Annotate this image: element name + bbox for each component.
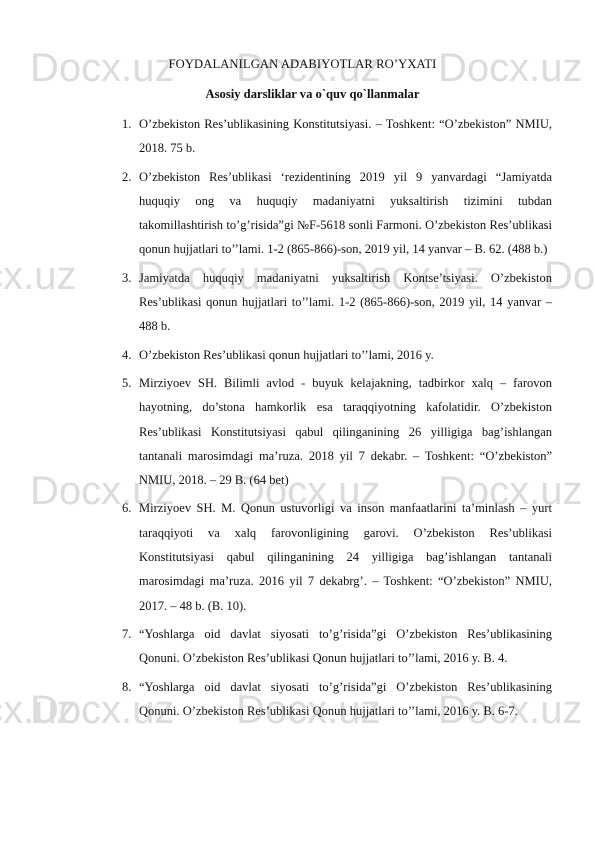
reference-number: 6. <box>122 496 131 520</box>
reference-text: Mirziyoev SH. Bilimli avlod - buyuk kela… <box>139 371 552 492</box>
reference-text: “Yoshlarga oid davlat siyosati to’g’risi… <box>139 622 552 671</box>
reference-item: 5. Mirziyoev SH. Bilimli avlod - buyuk k… <box>122 371 552 492</box>
document-page: FOYDALANILGAN ADABIYOTLAR RO’YXATI Asosi… <box>0 0 595 842</box>
reference-text: O’zbekiston Res’ublikasi qonun hujjatlar… <box>139 343 552 367</box>
reference-number: 5. <box>122 371 131 395</box>
reference-text: “Yoshlarga oid davlat siyosati to’g’risi… <box>139 675 552 724</box>
reference-number: 4. <box>122 343 131 367</box>
reference-text: O’zbekiston Res’ublikasi ‘rezidentining … <box>139 165 552 262</box>
document-title: FOYDALANILGAN ADABIYOTLAR RO’YXATI <box>0 55 595 73</box>
reference-item: 4. O’zbekiston Res’ublikasi qonun hujjat… <box>122 343 552 367</box>
reference-item: 6. Mirziyoev SH. M. Qonun ustuvorligi va… <box>122 496 552 617</box>
reference-list: 1. O’zbekiston Res’ublikasining Konstitu… <box>122 112 552 727</box>
reference-item: 3. Jamiyatda huquqiy madaniyatni yuksalt… <box>122 266 552 339</box>
reference-number: 7. <box>122 622 131 646</box>
reference-item: 1. O’zbekiston Res’ublikasining Konstitu… <box>122 112 552 161</box>
reference-text: Jamiyatda huquqiy madaniyatni yuksaltiri… <box>139 266 552 339</box>
reference-text: O’zbekiston Res’ublikasining Konstitutsi… <box>139 112 552 161</box>
reference-item: 8. “Yoshlarga oid davlat siyosati to’g’r… <box>122 675 552 724</box>
reference-text: Mirziyoev SH. M. Qonun ustuvorligi va in… <box>139 496 552 617</box>
reference-number: 1. <box>122 112 131 136</box>
section-subtitle: Asosiy darsliklar va o`quv qo`llanmalar <box>0 85 595 103</box>
reference-number: 3. <box>122 266 131 290</box>
reference-number: 2. <box>122 165 131 189</box>
reference-number: 8. <box>122 675 131 699</box>
reference-item: 2. O’zbekiston Res’ublikasi ‘rezidentini… <box>122 165 552 262</box>
reference-item: 7. “Yoshlarga oid davlat siyosati to’g’r… <box>122 622 552 671</box>
